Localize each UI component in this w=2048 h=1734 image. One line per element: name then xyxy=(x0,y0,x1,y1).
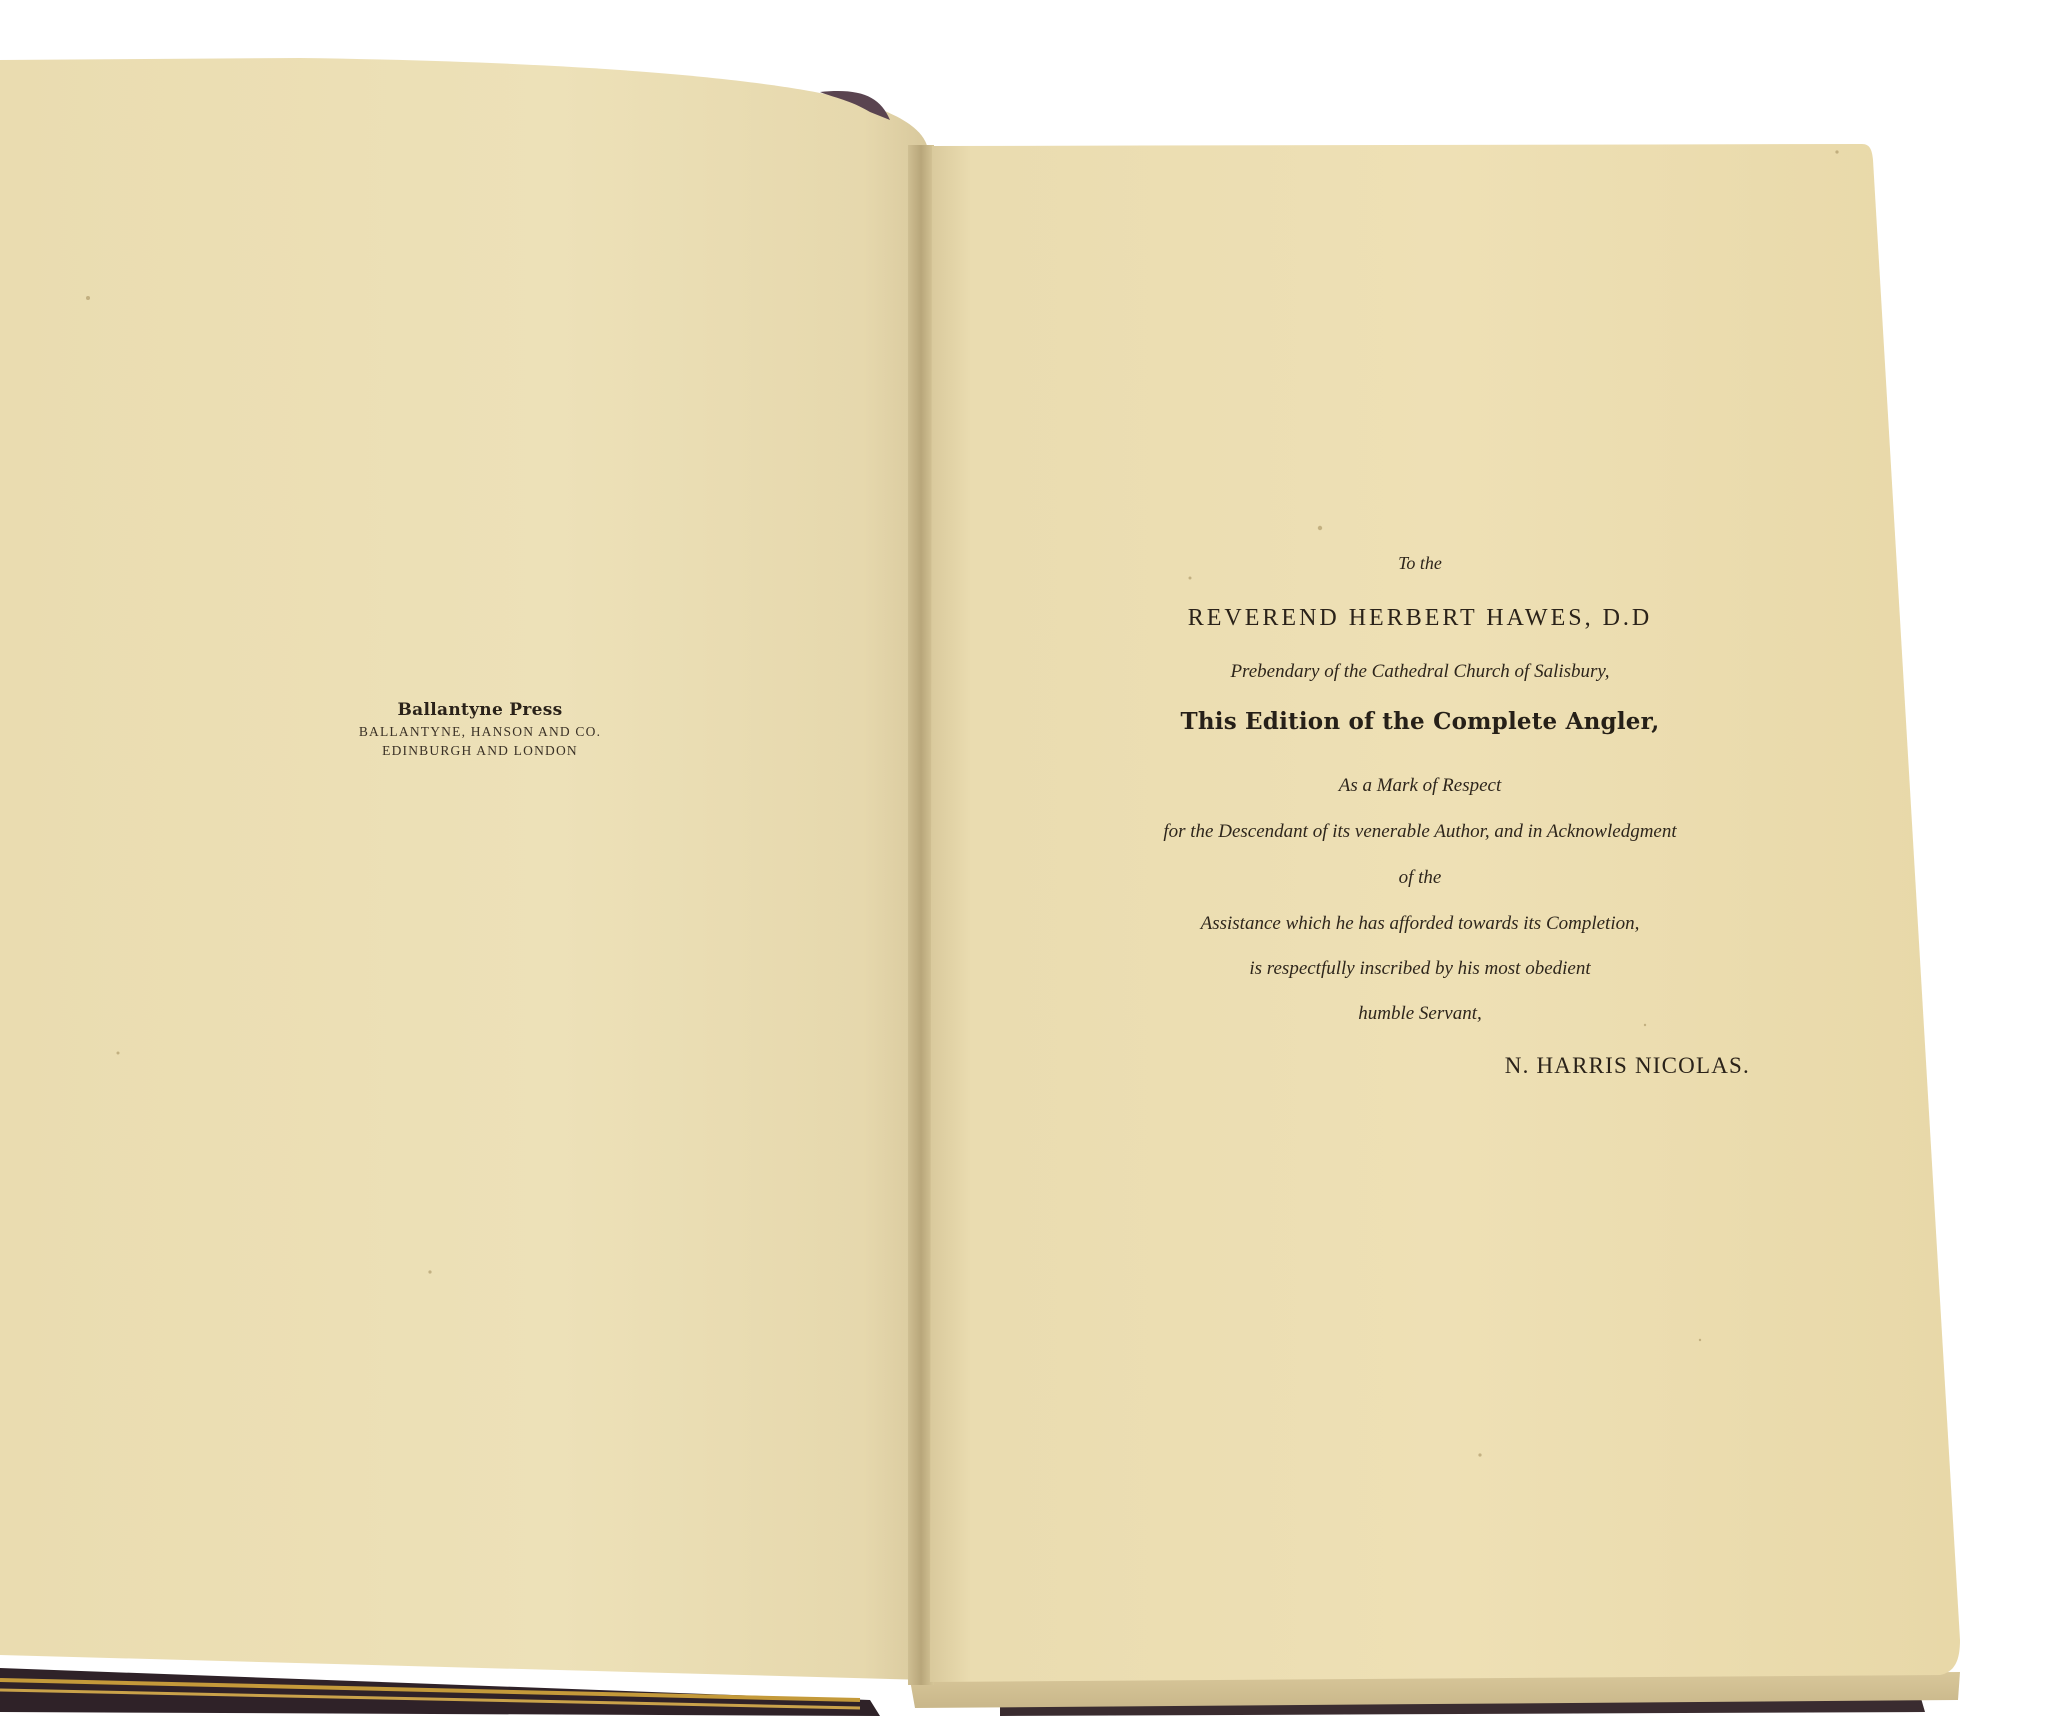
dedication-to-the: To the xyxy=(1040,553,1800,574)
dedication-recipient: REVEREND HERBERT HAWES, D.D xyxy=(1040,605,1800,632)
dedication-servant-line: humble Servant, xyxy=(1040,1003,1800,1025)
dedication-inscribed-line: is respectfully inscribed by his most ob… xyxy=(1040,958,1800,980)
dedication-signature: N. HARRIS NICOLAS. xyxy=(1040,1053,1750,1079)
printer-imprint: Ballantyne Press BALLANTYNE, HANSON AND … xyxy=(300,698,660,760)
dedication-descendant-line: for the Descendant of its venerable Auth… xyxy=(1040,821,1800,843)
dedication-mark-of-respect: As a Mark of Respect xyxy=(1040,775,1800,797)
open-book-photo: ​ Ballantyne Press BALLANTYNE, HANSON AN… xyxy=(0,0,2048,1734)
imprint-line-cities: EDINBURGH AND LONDON xyxy=(300,741,660,760)
imprint-line-publisher: BALLANTYNE, HANSON AND CO. xyxy=(300,722,660,741)
dedication-of-the: of the xyxy=(1040,867,1800,889)
dedication-edition-line: This Edition of the Complete Angler, xyxy=(1040,708,1800,735)
dedication-recipient-title: Prebendary of the Cathedral Church of Sa… xyxy=(1040,661,1800,683)
press-name: Ballantyne Press xyxy=(300,698,660,722)
dedication-assistance-line: Assistance which he has afforded towards… xyxy=(1040,913,1800,935)
left-page-surface xyxy=(0,58,928,1680)
gutter-shadow xyxy=(908,145,934,1685)
